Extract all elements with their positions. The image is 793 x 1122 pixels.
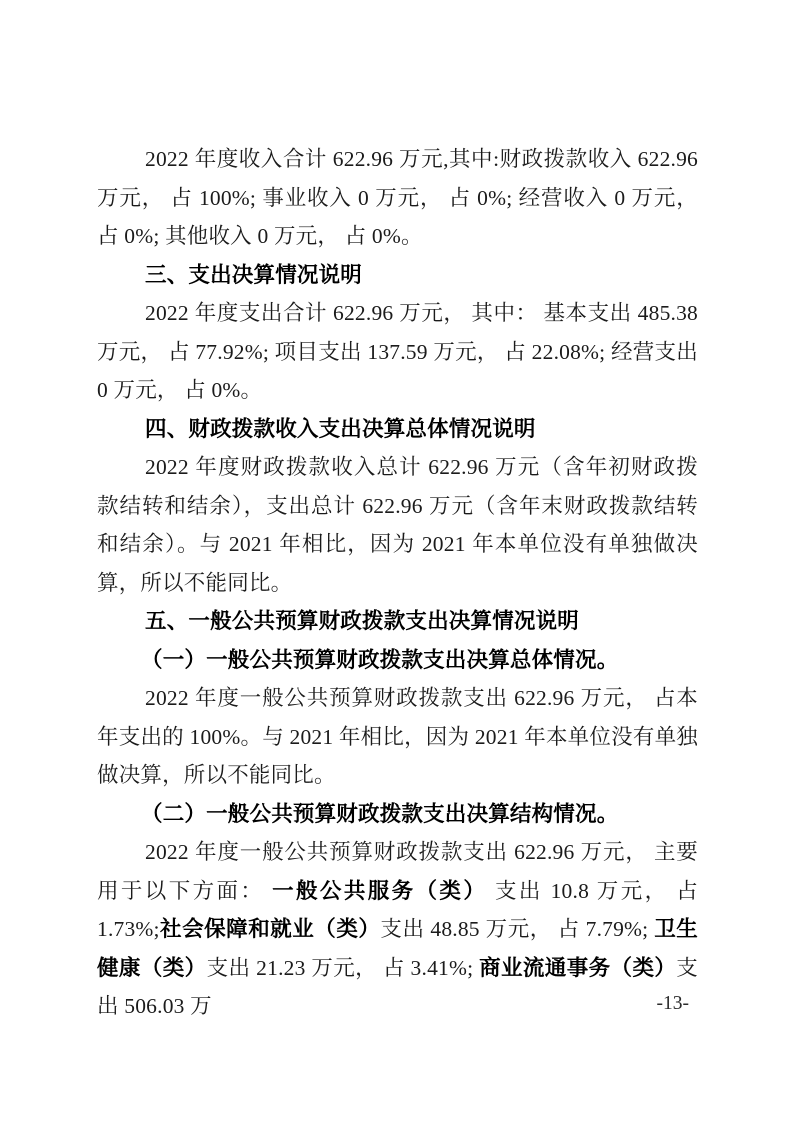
document-body: 2022 年度收入合计 622.96 万元,其中:财政拨款收入 622.96 万… <box>97 140 698 1026</box>
page-number: -13- <box>657 991 690 1017</box>
category-commerce: 商业流通事务（类） <box>479 956 676 980</box>
paragraph-fiscal-total: 2022 年度财政拨款收入总计 622.96 万元（含年初财政拨款结转和结余），… <box>97 448 698 602</box>
subheading-5-2-structure: （二）一般公共预算财政拨款支出决算结构情况。 <box>97 795 698 834</box>
category-general-public-service: 一般公共服务（类） <box>272 879 487 903</box>
heading-section-4-fiscal-appropriation: 四、财政拨款收入支出决算总体情况说明 <box>97 410 698 449</box>
paragraph-expenditure-structure: 2022 年度一般公共预算财政拨款支出 622.96 万元， 主要用于以下方面：… <box>97 833 698 1026</box>
paragraph-general-budget-summary: 2022 年度一般公共预算财政拨款支出 622.96 万元， 占本年支出的 10… <box>97 679 698 795</box>
heading-section-3-expenditure: 三、支出决算情况说明 <box>97 256 698 295</box>
amount-health: 支出 21.23 万元， 占 3.41%; <box>207 956 480 980</box>
amount-social-security: 支出 48.85 万元， 占 7.79%; <box>380 917 654 941</box>
subheading-5-1-overall: （一）一般公共预算财政拨款支出决算总体情况。 <box>97 641 698 680</box>
heading-section-5-general-budget: 五、一般公共预算财政拨款支出决算情况说明 <box>97 602 698 641</box>
category-social-security: 社会保障和就业（类） <box>160 917 381 941</box>
paragraph-expenditure-summary: 2022 年度支出合计 622.96 万元， 其中： 基本支出 485.38 万… <box>97 294 698 410</box>
document-page: 2022 年度收入合计 622.96 万元,其中:财政拨款收入 622.96 万… <box>0 0 793 1122</box>
paragraph-income-summary: 2022 年度收入合计 622.96 万元,其中:财政拨款收入 622.96 万… <box>97 140 698 256</box>
